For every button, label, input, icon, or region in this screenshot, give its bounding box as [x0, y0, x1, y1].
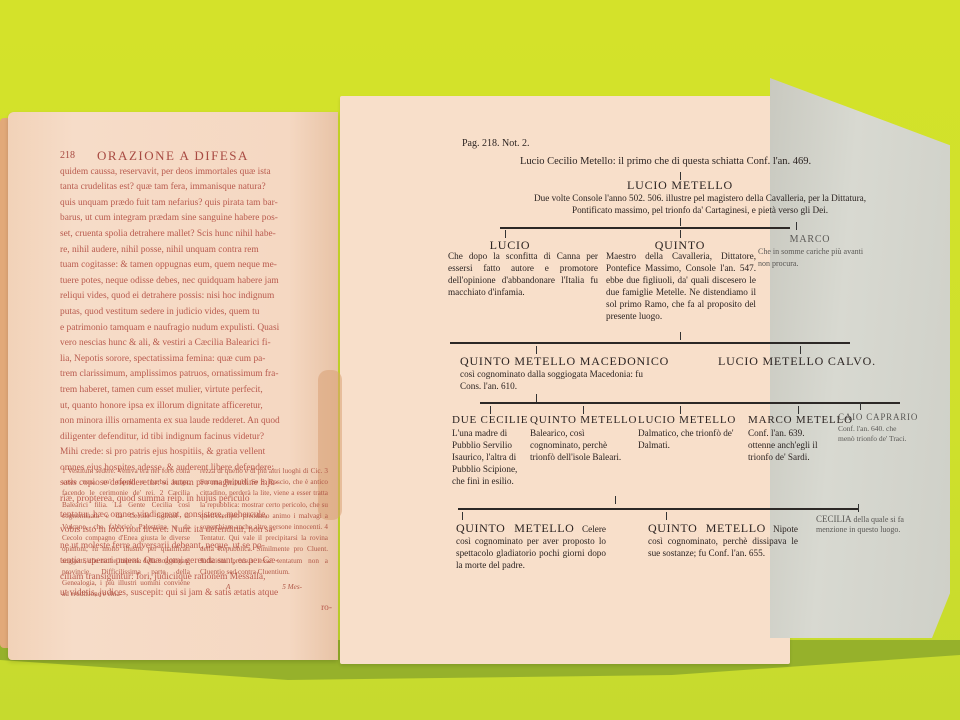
gen3-name-calvo: LUCIO METELLO CALVO.: [718, 354, 876, 369]
gen5-item-celere: QUINTO METELLO Celere così cognominato p…: [456, 522, 606, 571]
footnotes-column-left: 1 Vestitum sedere. Veniva era nel foro c…: [62, 466, 190, 600]
gen5-item-cecilia: CECILIA della quale si fa menzione in qu…: [816, 514, 906, 535]
gen2-name-marco: MARCO: [780, 234, 840, 245]
catchword: ro-: [60, 601, 332, 617]
gen1-name: LUCIO METELLO: [580, 178, 780, 193]
tree-connector: [796, 222, 797, 230]
genealogy-chart: Pag. 218. Not. 2. Lucio Cecilio Metello:…: [340, 96, 940, 664]
founder-line: Lucio Cecilio Metello: il primo che di q…: [520, 156, 811, 167]
gen4-desc-balearico: Balearico, così cognominato, perchè trio…: [530, 427, 626, 463]
gen2-desc-marco: Che in somme cariche più avanti non proc…: [758, 246, 868, 270]
tree-connector: [680, 332, 681, 340]
body-line: diligenter defenditur, id tibi indignum …: [60, 430, 332, 446]
tree-connector: [536, 346, 537, 354]
gen4-desc-due-cecilie: L'una madre di Pubblio Servilio Isaurico…: [452, 427, 528, 487]
page-number: 218: [60, 148, 75, 164]
gen4-desc-dalmatico: Dalmatico, che trionfò de' Dalmati.: [638, 427, 742, 451]
body-line: ut, quanto honore ipsa ex illorum dignit…: [60, 399, 332, 415]
footnote-catchword: 5 Mes-: [282, 582, 302, 593]
footnotes-right-text: rezza di quello e di più altri luoghi di…: [200, 467, 328, 576]
tree-connector: [858, 504, 859, 512]
body-line: set, cruenta spolia detrahere mallet? Sc…: [60, 227, 332, 243]
body-line: e patrimonio tamquam e naufragio nudum e…: [60, 321, 332, 337]
running-head-title: ORAZIONE A DIFESA: [97, 148, 249, 164]
gen4-desc-caio-caprario: Conf. l'an. 640. che menò trionfo de' Tr…: [838, 424, 908, 444]
gen2-desc-quinto: Maestro della Cavalleria, Dittatore, Pon…: [606, 250, 756, 322]
gen5-suffix-nipote: Nipote: [773, 524, 798, 534]
gen2-desc-lucio: Che dopo la sconfitta di Canna per esser…: [448, 250, 598, 298]
gen5-suffix-celere: Celere: [582, 524, 606, 534]
footnotes-column-right: rezza di quello e di più altri luoghi di…: [200, 466, 328, 600]
tree-connector: [490, 406, 491, 414]
gen4-desc-marco-metello: Conf. l'an. 639. ottenne anch'egli il tr…: [748, 427, 832, 463]
gen4-name-dalmatico: LUCIO METELLO: [638, 414, 736, 426]
footnotes: 1 Vestitum sedere. Veniva era nel foro c…: [62, 466, 328, 600]
tree-connector: [462, 512, 463, 520]
tree-connector: [536, 394, 537, 402]
tree-connector: [680, 230, 681, 238]
gen4-name-balearico: QUINTO METELLO: [530, 414, 637, 426]
body-line: quis unquam prædo fuit tam nefarius? qui…: [60, 196, 332, 212]
body-line: quidem caussa, reservavit, per deos immo…: [60, 165, 332, 181]
tree-branch-line: [480, 402, 900, 404]
gen5-name-celere: QUINTO METELLO: [456, 521, 574, 535]
tree-branch-line: [458, 508, 858, 510]
body-line: non minora illis ornamenta ex sua laude …: [60, 414, 332, 430]
tree-connector: [680, 406, 681, 414]
tree-connector: [680, 218, 681, 226]
tree-connector: [666, 512, 667, 520]
body-line: trem clarissimum, amplissimos patruos, o…: [60, 367, 332, 383]
signature-mark: A: [226, 582, 230, 593]
body-line: trem haberet, tamen cum esset mulier, vi…: [60, 383, 332, 399]
body-line: re, nihil audere, nihil posse, nihil unq…: [60, 243, 332, 259]
tree-connector: [505, 230, 506, 238]
gen5-name-nipote: QUINTO METELLO: [648, 521, 766, 535]
tree-connector: [860, 402, 861, 410]
body-line: lia, Nepotis sorore, spectatissima femin…: [60, 352, 332, 368]
gen4-name-due-cecilie: DUE CECILIE: [452, 414, 528, 426]
body-line: reliqui vides, quod ei detrahere possis:…: [60, 289, 332, 305]
gen3-name-macedonico: QUINTO METELLO MACEDONICO: [460, 354, 669, 369]
gen5-name-cecilia: CECILIA: [816, 514, 852, 524]
body-line: barus, ut cum integram prædam sine sangu…: [60, 211, 332, 227]
gen5-item-nipote: QUINTO METELLO Nipote così cognominato, …: [648, 522, 798, 559]
tree-branch-line: [450, 342, 850, 344]
body-line: tuam cogitasse: & tamen oppugnas eum, qu…: [60, 258, 332, 274]
gen3-desc-macedonico: così cognominato dalla soggiogata Macedo…: [460, 368, 660, 392]
gen5-desc-nipote: così cognominato, perchè dissipava le su…: [648, 536, 798, 558]
tree-connector: [800, 346, 801, 354]
body-line: tuere potes, neque odisse debes, nec qui…: [60, 274, 332, 290]
body-line: vero nescias hunc & ali, & vestiri a Cæc…: [60, 336, 332, 352]
running-head: 218 ORAZIONE A DIFESA: [60, 148, 332, 164]
tree-connector: [615, 496, 616, 504]
tree-branch-line: [500, 227, 790, 229]
gen4-name-caio-caprario: CAIO CAPRARIO: [838, 412, 918, 422]
gen1-desc-2: Pontificato massimo, pel trionfo da' Car…: [440, 204, 960, 216]
tree-connector: [583, 406, 584, 414]
page-reference: Pag. 218. Not. 2.: [462, 138, 530, 149]
gen1-desc-1: Due volte Console l'anno 502. 506. illus…: [440, 192, 960, 204]
body-line: putas, quod vestitum sedere in judicio v…: [60, 305, 332, 321]
body-line: Mihi crede: si pro patris ejus hospitiis…: [60, 445, 332, 461]
body-line: tanta crudelitas est? quæ tam fera, imma…: [60, 180, 332, 196]
tree-connector: [798, 406, 799, 414]
gen5-desc-celere: così cognominato per aver proposto lo sp…: [456, 536, 606, 570]
